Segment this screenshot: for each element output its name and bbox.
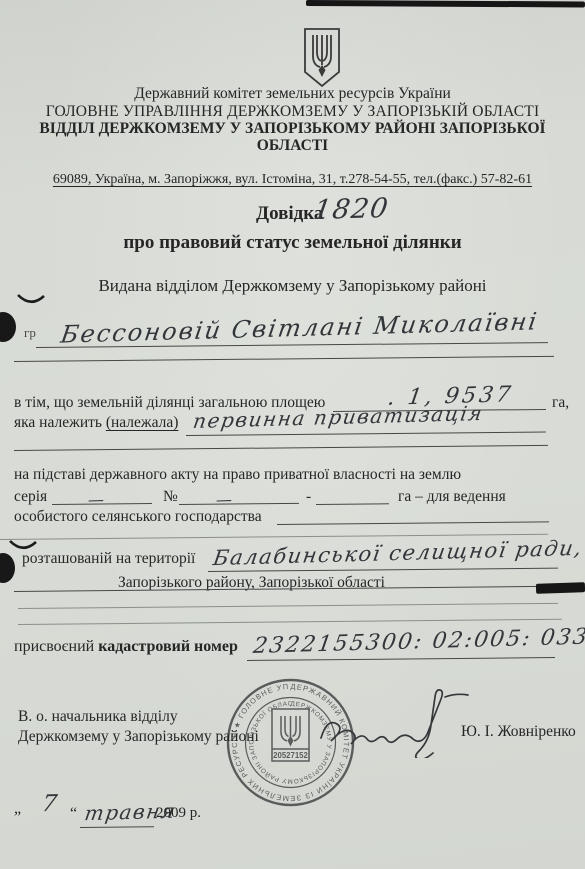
scan-edge-artifact-right — [536, 582, 585, 594]
cadastre-label-regular: присвоєний — [14, 638, 98, 655]
header-agency-line3: ВІДДІЛ ДЕРЖКОМЗЕМУ У ЗАПОРІЗЬКОМУ РАЙОНІ… — [0, 120, 585, 137]
scanned-document: Державний комітет земельних ресурсів Укр… — [0, 0, 585, 869]
blank-line — [18, 619, 562, 625]
pen-mark-icon — [16, 293, 46, 307]
issued-by-line: Видана відділом Держкомзему у Запорізько… — [0, 276, 585, 295]
stamp-number: 20527152 — [273, 751, 308, 760]
ownership-label: яка належить (належала) — [14, 414, 178, 431]
date-year: 2009 р. — [156, 805, 201, 822]
cadastre-label: присвоєний кадастровий номер — [14, 638, 238, 656]
header-agency-line1: Державний комітет земельних ресурсів Укр… — [0, 85, 585, 102]
blank-line — [277, 521, 549, 525]
purpose-label: особистого селянського господарства — [14, 508, 262, 525]
doc-number-handwritten: 1820 — [312, 195, 391, 224]
ha-purpose-label: га – для ведення — [398, 488, 506, 505]
cadastre-label-bold: кадастровий номер — [98, 638, 238, 655]
ukraine-trident-emblem — [303, 27, 341, 88]
blank-line — [14, 445, 548, 451]
number-label: № — [163, 488, 178, 505]
blank-line — [80, 826, 154, 828]
territory-label: розташованій на території — [22, 550, 195, 567]
ownership-value-handwritten: первинна приватизація — [192, 403, 485, 431]
date-day-handwritten: 7 — [40, 793, 60, 816]
recipient-prefix: гр — [24, 326, 36, 341]
header-agency-line4: ОБЛАСТІ — [0, 137, 585, 154]
header-agency-line2: ГОЛОВНЕ УПРАВЛІННЯ ДЕРЖКОМЗЕМУ У ЗАПОРІЗ… — [0, 103, 585, 120]
hole-punch-blob — [0, 312, 16, 342]
basis-line: на підставі державного акту на право при… — [14, 466, 461, 483]
signatory-position-line2: Держкомзему у Запорізькому районі — [18, 728, 259, 745]
date-open-quote: „ — [14, 800, 21, 818]
blank-line — [18, 603, 558, 609]
ownership-label-a: яка належить — [14, 414, 102, 431]
header-address: 69089, Україна, м. Запоріжжя, вул. Істом… — [0, 172, 585, 188]
hyphen: - — [306, 488, 311, 505]
hole-punch-blob — [0, 553, 15, 583]
number-dash-handwritten: — — [215, 492, 235, 508]
blank-line — [179, 503, 299, 505]
area-unit: га, — [552, 394, 569, 411]
signature-stroke — [315, 680, 500, 758]
blank-line — [14, 356, 554, 362]
cadastre-value-handwritten: 2322155300: 02:005: 0330 — [252, 626, 585, 658]
signatory-position-line1: В. о. начальника відділу — [18, 708, 178, 725]
territory-value-handwritten: Балабинської селищної ради, — [212, 538, 585, 569]
series-dash-handwritten: — — [87, 492, 107, 508]
recipient-name-handwritten: Бессоновій Світлані Миколаївні — [59, 309, 540, 346]
date-close-quote: “ — [70, 805, 77, 823]
blank-line — [316, 503, 389, 505]
scan-edge-artifact-top — [306, 0, 585, 7]
blank-line — [186, 432, 546, 436]
doc-subtitle: про правовий статус земельної ділянки — [0, 232, 585, 253]
stamp-trident-tip — [288, 736, 294, 747]
series-label: серія — [14, 488, 47, 505]
ownership-label-b: (належала) — [106, 414, 179, 431]
